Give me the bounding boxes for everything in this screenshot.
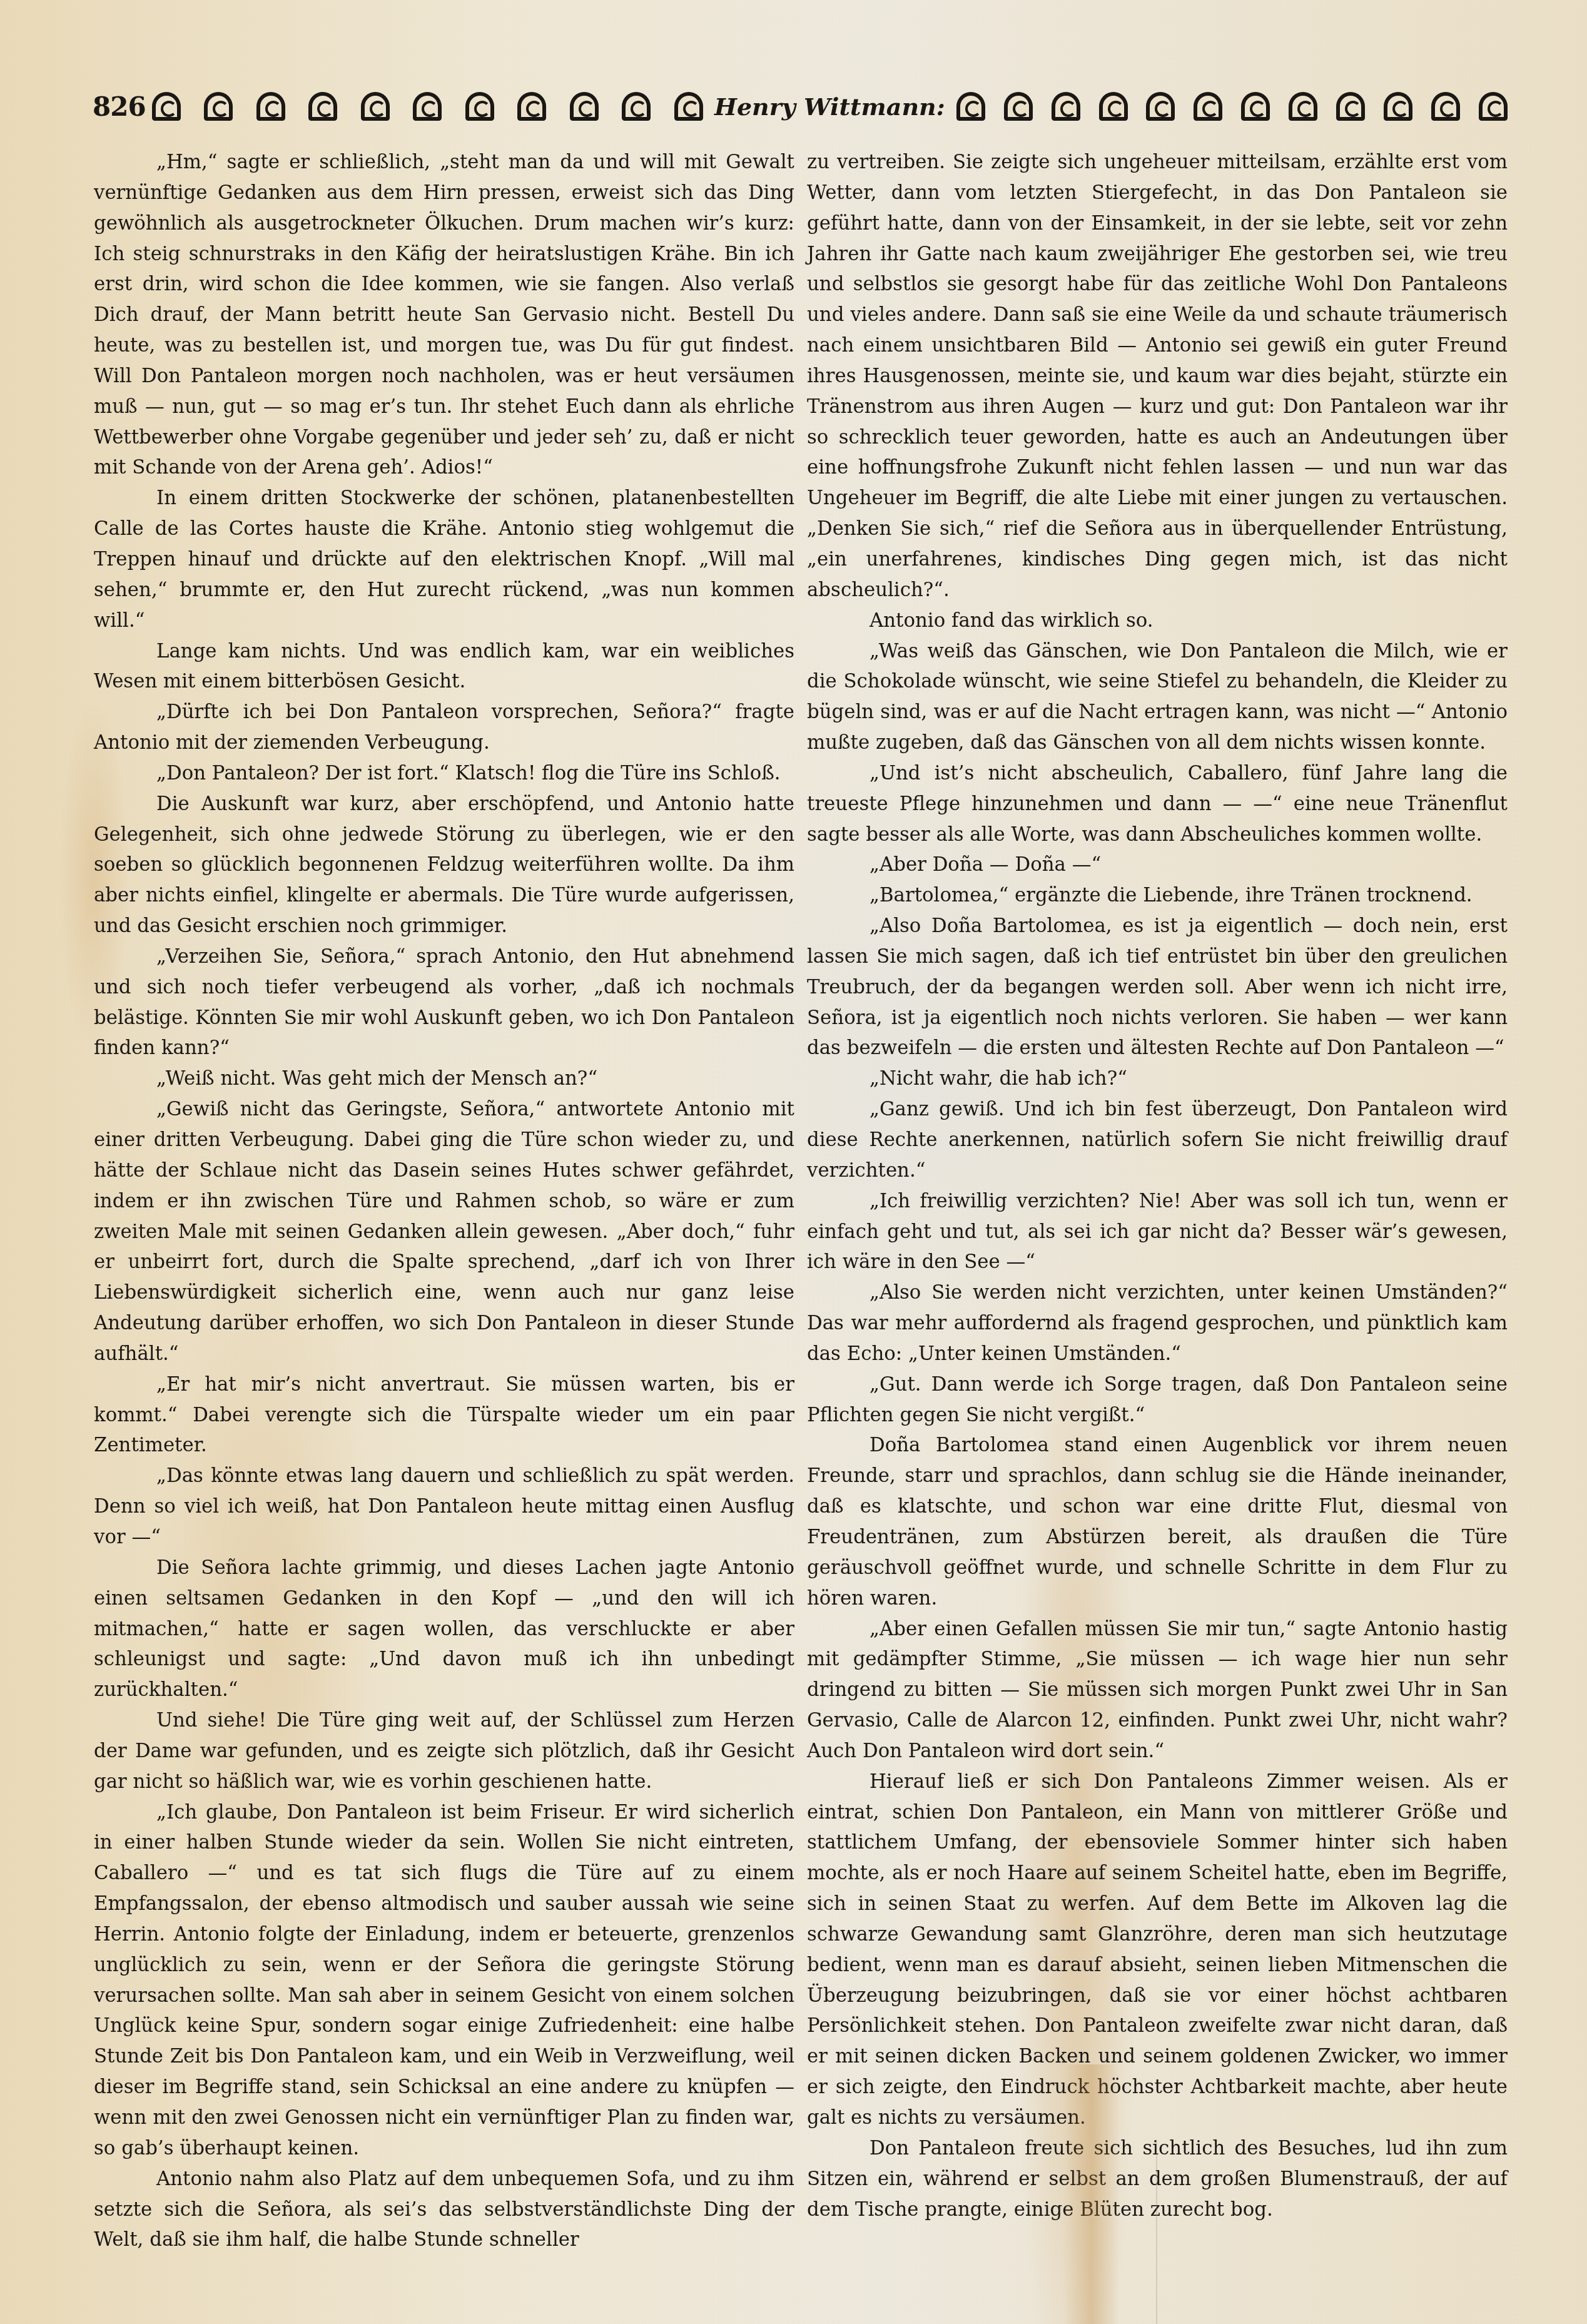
paper-stain: [1063, 2064, 1120, 2324]
text-column-right: zu vertreiben. Sie zeigte sich ungeheuer…: [807, 147, 1508, 2225]
spiral-ornament-icon: [1194, 92, 1222, 121]
author-name: Henry Wittmann:: [714, 93, 945, 121]
spiral-ornament-icon: [1004, 92, 1033, 121]
spiral-ornament-icon: [1146, 92, 1175, 121]
paragraph: „Und ist’s nicht abscheulich, Caballero,…: [807, 758, 1508, 850]
paragraph-continued: zu vertreiben. Sie zeigte sich ungeheuer…: [807, 147, 1508, 606]
paragraph: Und siehe! Die Türe ging weit auf, der S…: [94, 1705, 794, 1797]
spiral-ornament-icon: [152, 92, 181, 121]
spiral-ornament-icon: [1431, 92, 1460, 121]
spiral-ornament-icon: [1479, 92, 1508, 121]
spiral-ornament-icon: [413, 92, 442, 121]
ornament-row-left: [152, 92, 703, 121]
spiral-ornament-icon: [256, 92, 285, 121]
spiral-ornament-icon: [517, 92, 546, 121]
paragraph: Antonio fand das wirklich so.: [807, 606, 1508, 636]
spiral-ornament-icon: [1052, 92, 1080, 121]
paragraph: Don Pantaleon freute sich sichtlich des …: [807, 2133, 1508, 2225]
running-header: 826 Henry Wittmann:: [93, 88, 1508, 125]
paragraph: „Er hat mir’s nicht anvertraut. Sie müss…: [94, 1369, 794, 1461]
paragraph: „Was weiß das Gänschen, wie Don Pantaleo…: [807, 636, 1508, 758]
spiral-ornament-icon: [674, 92, 703, 121]
paragraph: „Bartolomea,“ ergänzte die Liebende, ihr…: [807, 880, 1508, 911]
paragraph: „Dürfte ich bei Don Pantaleon vorspreche…: [94, 697, 794, 758]
paragraph: Die Señora lachte grimmig, und dieses La…: [94, 1553, 794, 1705]
spiral-ornament-icon: [622, 92, 651, 121]
spiral-ornament-icon: [570, 92, 599, 121]
magazine-page: 826 Henry Wittmann:: [0, 0, 1587, 2324]
paragraph: „Also Sie werden nicht verzichten, unter…: [807, 1277, 1508, 1369]
page-number: 826: [93, 91, 146, 122]
paragraph: In einem dritten Stockwerke der schönen,…: [94, 483, 794, 636]
paragraph: „Aber Doña — Doña —“: [807, 850, 1508, 880]
paragraph: „Verzeihen Sie, Señora,“ sprach Antonio,…: [94, 941, 794, 1063]
paragraph: „Gewiß nicht das Geringste, Señora,“ ant…: [94, 1094, 794, 1369]
ornament-row-right: [956, 92, 1508, 121]
text-column-left: „Hm,“ sagte er schließlich, „steht man d…: [94, 147, 794, 2255]
spiral-ornament-icon: [956, 92, 985, 121]
paragraph: „Nicht wahr, die hab ich?“: [807, 1063, 1508, 1094]
paragraph: Die Auskunft war kurz, aber erschöpfend,…: [94, 789, 794, 941]
spiral-ornament-icon: [1099, 92, 1128, 121]
spiral-ornament-icon: [1241, 92, 1270, 121]
paragraph: Doña Bartolomea stand einen Augenblick v…: [807, 1430, 1508, 1613]
paragraph: „Gut. Dann werde ich Sorge tragen, daß D…: [807, 1369, 1508, 1431]
paragraph: „Don Pantaleon? Der ist fort.“ Klatsch! …: [94, 758, 794, 789]
paragraph: „Ganz gewiß. Und ich bin fest überzeugt,…: [807, 1094, 1508, 1186]
paragraph: „Ich glaube, Don Pantaleon ist beim Fris…: [94, 1797, 794, 2164]
paragraph: Hierauf ließ er sich Don Pantaleons Zimm…: [807, 1767, 1508, 2133]
paragraph: Antonio nahm also Platz auf dem unbequem…: [94, 2164, 794, 2256]
paragraph: „Also Doña Bartolomea, es ist ja eigentl…: [807, 911, 1508, 1063]
paragraph: „Ich freiwillig verzichten? Nie! Aber wa…: [807, 1186, 1508, 1278]
spiral-ornament-icon: [1384, 92, 1412, 121]
paragraph: „Weiß nicht. Was geht mich der Mensch an…: [94, 1063, 794, 1094]
spiral-ornament-icon: [1336, 92, 1365, 121]
paragraph: „Aber einen Gefallen müssen Sie mir tun,…: [807, 1614, 1508, 1767]
paper-fold-line: [1156, 2139, 1157, 2324]
paragraph: Lange kam nichts. Und was endlich kam, w…: [94, 636, 794, 698]
spiral-ornament-icon: [361, 92, 390, 121]
spiral-ornament-icon: [1289, 92, 1317, 121]
paragraph: „Das könnte etwas lang dauern und schlie…: [94, 1461, 794, 1553]
spiral-ornament-icon: [204, 92, 233, 121]
spiral-ornament-icon: [465, 92, 494, 121]
paragraph: „Hm,“ sagte er schließlich, „steht man d…: [94, 147, 794, 483]
spiral-ornament-icon: [308, 92, 337, 121]
